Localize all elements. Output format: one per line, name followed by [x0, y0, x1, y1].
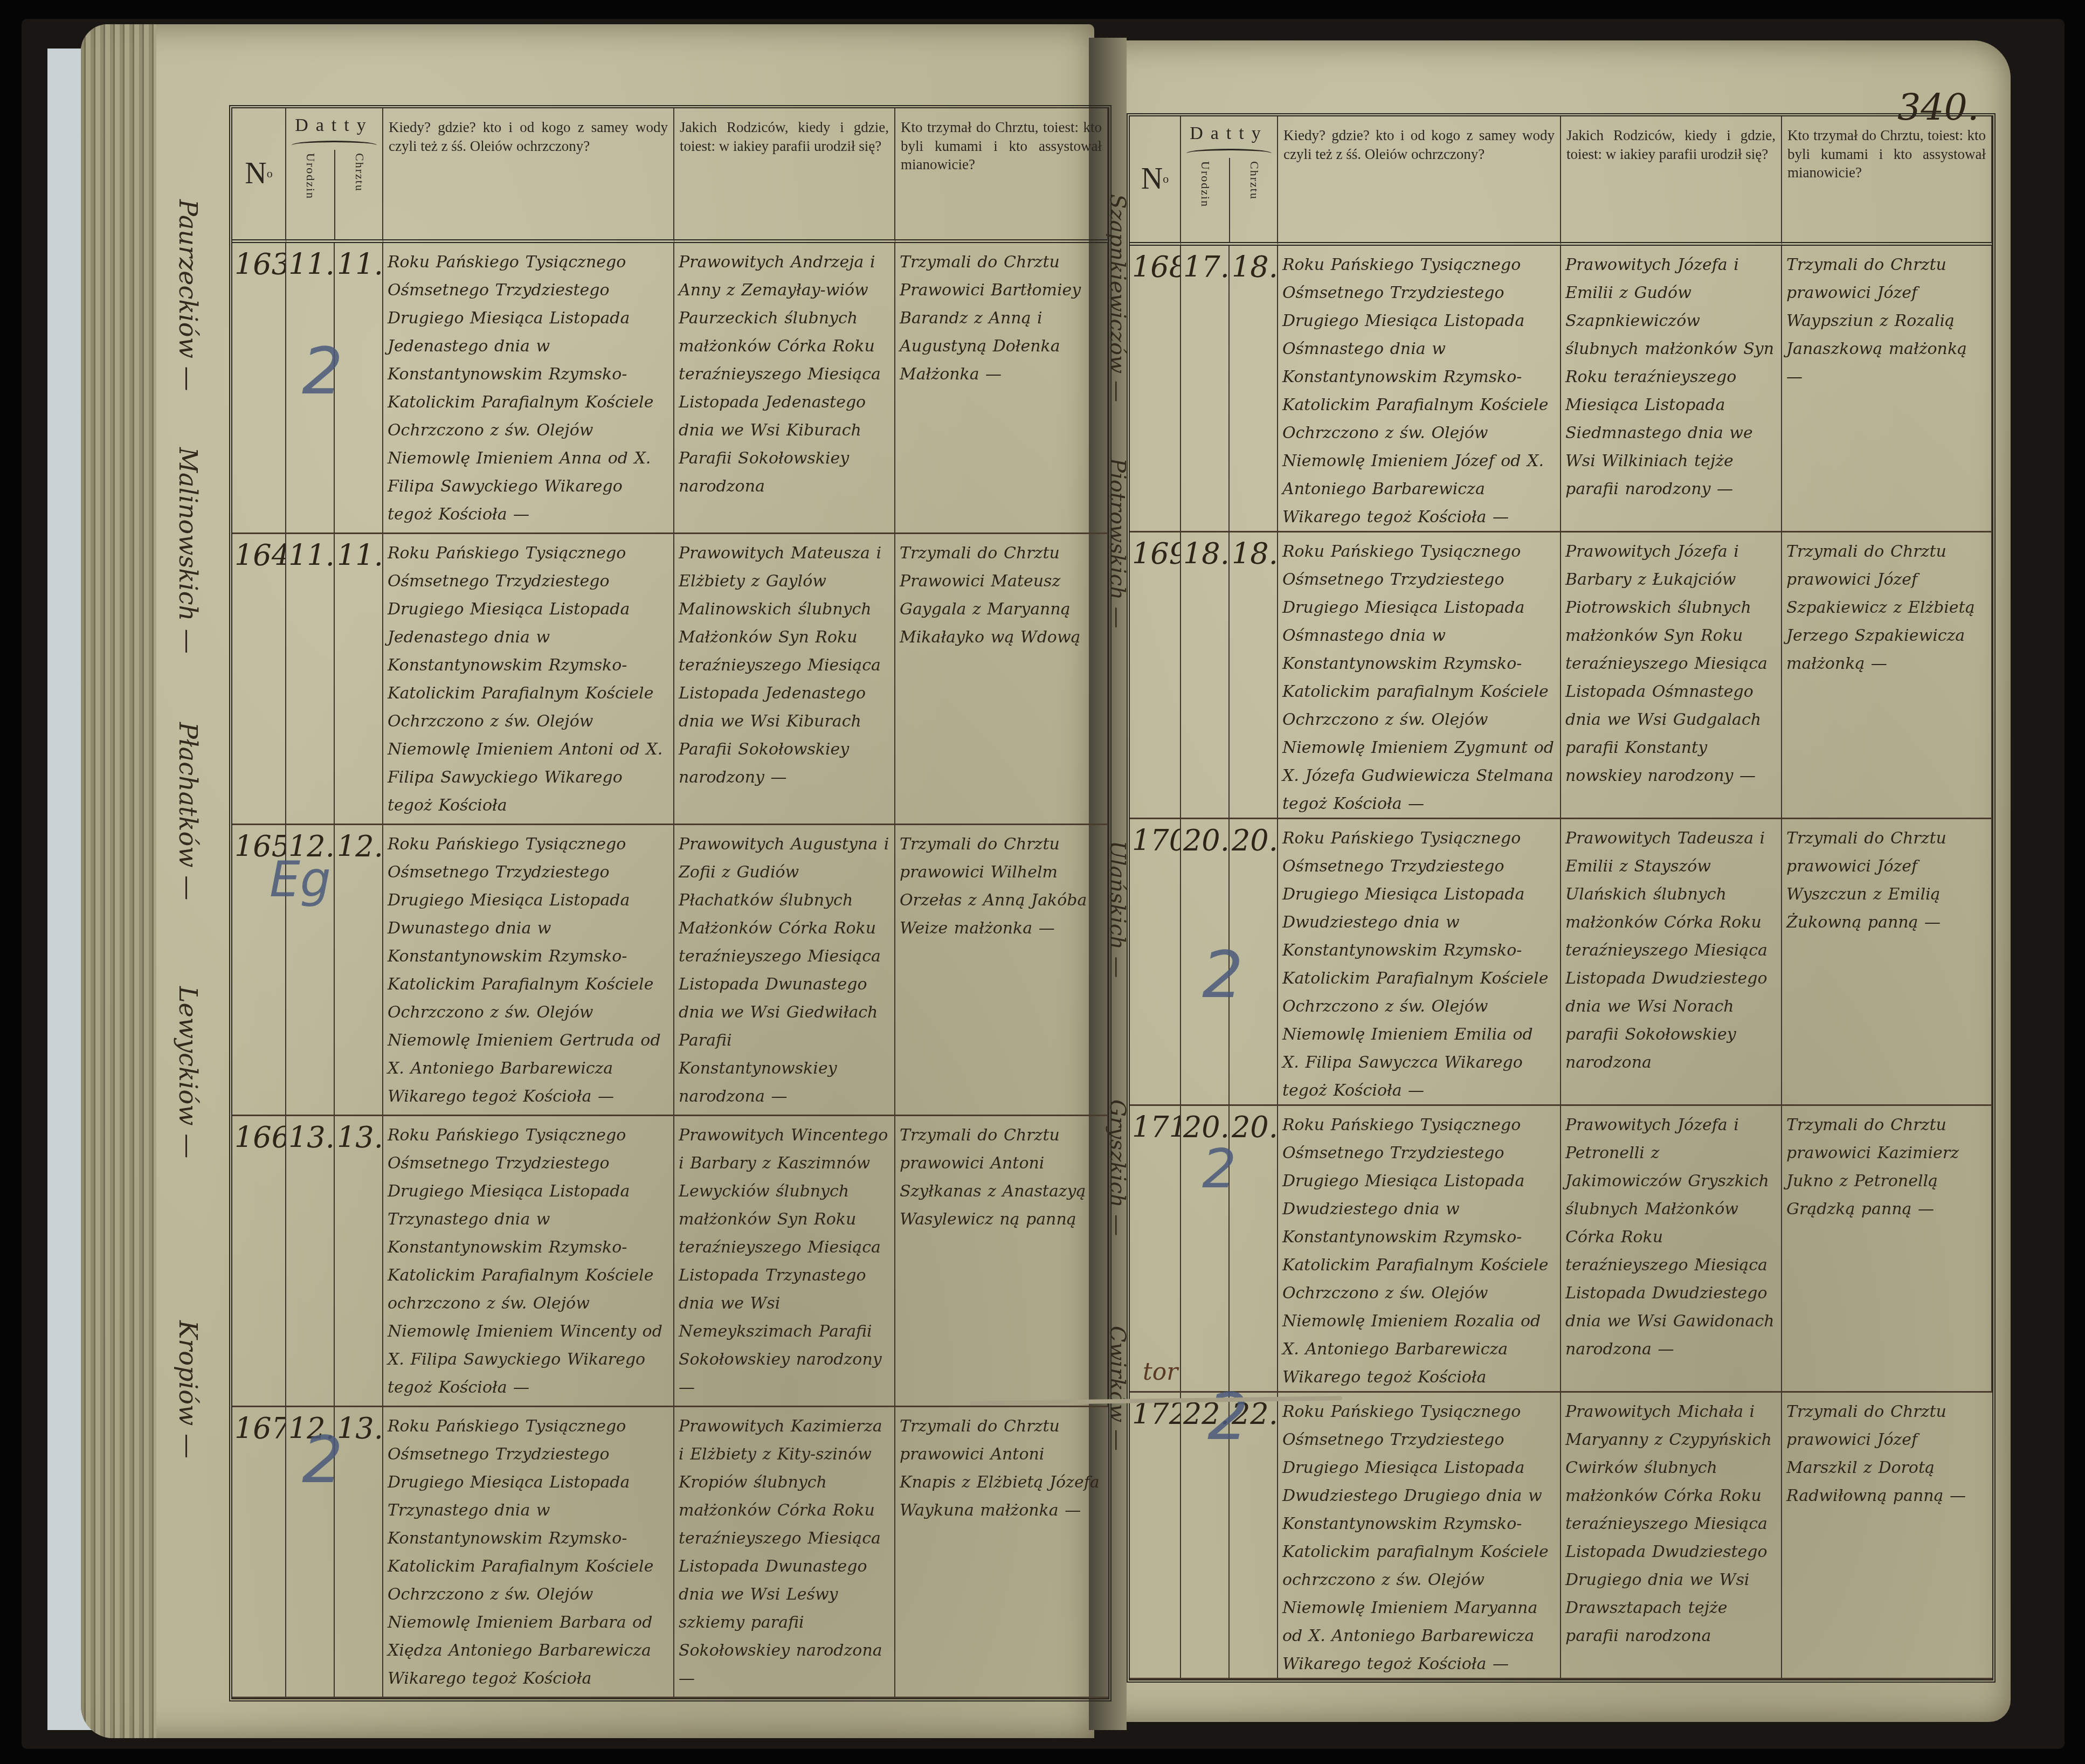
register-table-left: No Datty Urodzin Chrztu Kiedy? gdzie? kt… [229, 105, 1111, 1701]
left-page-fore-edge [81, 24, 156, 1738]
entry-baptism-text: Roku Pańskiego Tysiącznego Ośmsetnego Tr… [383, 1116, 674, 1407]
pencil-mark: 2 [302, 334, 343, 409]
brace-decoration [292, 141, 377, 150]
entry-baptism-day: 11. [335, 534, 383, 825]
entry-number: 172. [1130, 1393, 1181, 1679]
pencil-mark: 2 [1202, 1137, 1237, 1200]
entry-baptism-text: Roku Pańskiego Tysiącznego Ośmsetnego Tr… [1278, 819, 1561, 1106]
header-parents: Jakich Rodziców, kiedy i gdzie, toiest: … [674, 108, 895, 243]
entry-birth-day: 11. [286, 534, 335, 825]
entry-baptism-text: Roku Pańskiego Tysiącznego Ośmsetnego Tr… [1278, 1106, 1561, 1393]
entry-godparents-text: Trzymali do Chrztu Prawowici Mateusz Gay… [895, 534, 1108, 825]
header-godparents: Kto trzymał do Chrztu, toiest: kto byli … [1782, 116, 1992, 246]
header-dates: Datty Urodzin Chrztu [1181, 116, 1278, 246]
entry-parents-text: Prawowitych Józefa i Barbary z Łukajciów… [1561, 532, 1782, 819]
entry-birth-day: 18. [1181, 532, 1230, 819]
entry-number: 167. [232, 1407, 286, 1698]
pencil-mark: 2 [1207, 1380, 1248, 1455]
entry-godparents-text: Trzymali do Chrztu prawowici Antoni Knap… [895, 1407, 1108, 1698]
header-parents: Jakich Rodziców, kiedy i gdzie, toiest: … [1561, 116, 1782, 246]
entry-parents-text: Prawowitych Tadeusza i Emilii z Stayszów… [1561, 819, 1782, 1106]
entry-number: 166. [232, 1116, 286, 1407]
pencil-mark: Eg [270, 852, 331, 908]
entry-number: 171. [1130, 1106, 1181, 1393]
entry-parents-text: Prawowitych Wincentego i Barbary z Kaszi… [674, 1116, 895, 1407]
header-birth-date: Urodzin [286, 150, 334, 239]
entry-parents-text: Prawowitych Mateusza i Elżbiety z Gaylów… [674, 534, 895, 825]
header-dates: Datty Urodzin Chrztu [286, 108, 383, 243]
brace-decoration [1186, 149, 1272, 158]
entry-number: 163. [232, 243, 286, 534]
margin-surname: Kropiów — [174, 1320, 203, 1458]
entry-godparents-text: Trzymali do Chrztu prawowici Józef Szpak… [1782, 532, 1992, 819]
entry-godparents-text: Trzymali do Chrztu prawowici Wilhelm Orz… [895, 825, 1108, 1116]
entry-number: 169. [1130, 532, 1181, 819]
header-number: No [232, 108, 286, 243]
entry-baptism-day: 12. [335, 825, 383, 1116]
pencil-mark: 2 [1202, 938, 1243, 1013]
pencil-mark: 2 [302, 1423, 343, 1498]
margin-annotation: tor [1143, 1358, 1178, 1386]
entry-birth-day: 17. [1181, 246, 1230, 532]
register-table-right: No Datty Urodzin Chrztu Kiedy? gdzie? kt… [1127, 113, 1996, 1683]
entry-baptism-text: Roku Pańskiego Tysiącznego Ośmsetnego Tr… [383, 243, 674, 534]
entry-godparents-text: Trzymali do Chrztu Prawowici Bartłomiey … [895, 243, 1108, 534]
entry-godparents-text: Trzymali do Chrztu prawowici Antoni Szył… [895, 1116, 1108, 1407]
margin-surname: Lewyckiów — [174, 986, 203, 1158]
entry-number: 170. [1130, 819, 1181, 1106]
entry-godparents-text: Trzymali do Chrztu prawowici Józef Wayps… [1782, 246, 1992, 532]
entry-parents-text: Prawowitych Józefa i Emilii z Gudów Szap… [1561, 246, 1782, 532]
entry-parents-text: Prawowitych Andrzeja i Anny z Zemayłay-w… [674, 243, 895, 534]
header-baptism: Kiedy? gdzie? kto i od kogo z samey wody… [383, 108, 674, 243]
header-birth-date: Urodzin [1181, 158, 1229, 242]
header-baptism-date: Chrztu [334, 150, 383, 239]
margin-surname: Paurzeckiów — [174, 199, 203, 391]
entry-baptism-day: 18. [1230, 246, 1278, 532]
entry-godparents-text: Trzymali do Chrztu prawowici Kazimierz J… [1782, 1106, 1992, 1393]
entry-baptism-day: 18. [1230, 532, 1278, 819]
entry-godparents-text: Trzymali do Chrztu prawowici Józef Wyszc… [1782, 819, 1992, 1106]
margin-surname: Płachatków — [174, 722, 203, 900]
entry-baptism-day: 20. [1230, 1106, 1278, 1393]
entry-baptism-text: Roku Pańskiego Tysiącznego Ośmsetnego Tr… [383, 534, 674, 825]
entry-baptism-text: Roku Pańskiego Tysiącznego Ośmsetnego Tr… [383, 1407, 674, 1698]
entry-parents-text: Prawowitych Augustyna i Zofii z Gudiów P… [674, 825, 895, 1116]
entry-baptism-text: Roku Pańskiego Tysiącznego Ośmsetnego Tr… [1278, 246, 1561, 532]
entry-birth-day: 13. [286, 1116, 335, 1407]
entry-parents-text: Prawowitych Michała i Maryanny z Czypyńs… [1561, 1393, 1782, 1679]
entry-godparents-text: Trzymali do Chrztu prawowici Józef Marsz… [1782, 1393, 1992, 1679]
entry-number: 168. [1130, 246, 1181, 532]
entry-parents-text: Prawowitych Kazimierza i Elżbiety z Kity… [674, 1407, 895, 1698]
margin-surname: Malinowskich — [174, 447, 203, 654]
entry-baptism-text: Roku Pańskiego Tysiącznego Ośmsetnego Tr… [383, 825, 674, 1116]
entry-number: 164. [232, 534, 286, 825]
entry-baptism-text: Roku Pańskiego Tysiącznego Ośmsetnego Tr… [1278, 532, 1561, 819]
header-baptism: Kiedy? gdzie? kto i od kogo z samey wody… [1278, 116, 1561, 246]
header-baptism-date: Chrztu [1229, 158, 1278, 242]
entry-parents-text: Prawowitych Józefa i Petronelli z Jakimo… [1561, 1106, 1782, 1393]
entry-baptism-text: Roku Pańskiego Tysiącznego Ośmsetnego Tr… [1278, 1393, 1561, 1679]
header-godparents: Kto trzymał do Chrztu, toiest: kto byli … [895, 108, 1108, 243]
header-number: No [1130, 116, 1181, 246]
entry-baptism-day: 13. [335, 1116, 383, 1407]
